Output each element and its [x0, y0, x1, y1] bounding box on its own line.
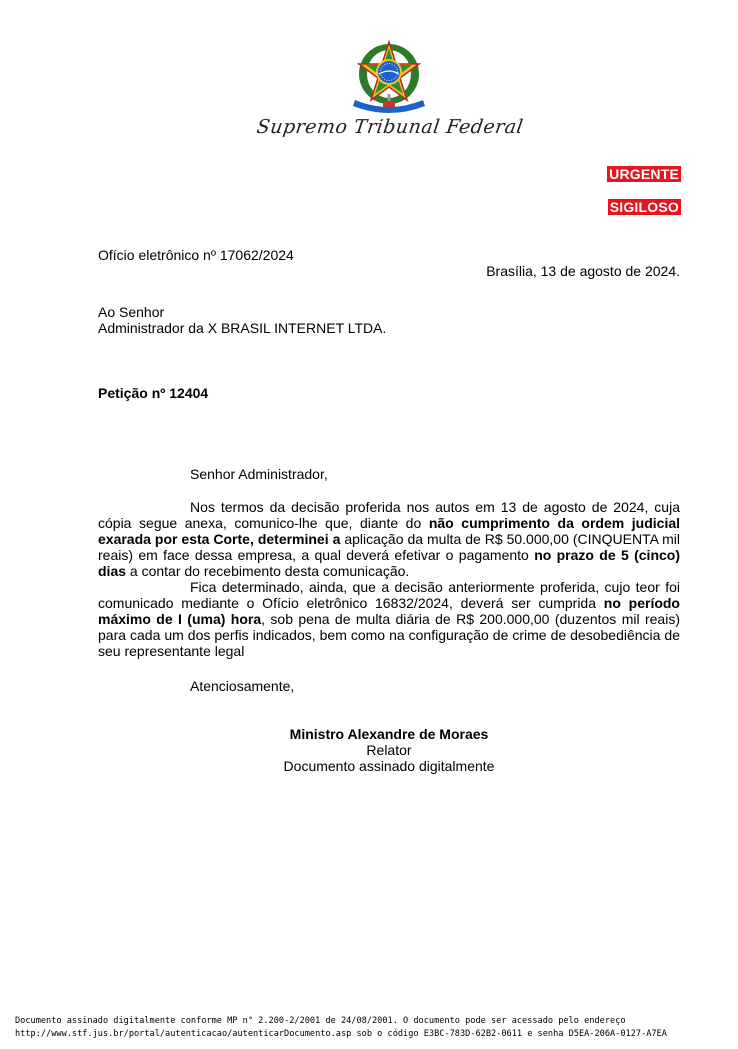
urgent-badge: URGENTE — [607, 166, 681, 182]
paragraph-deadline: Fica determinado, ainda, que a decisão a… — [98, 579, 680, 659]
signature-block: Ministro Alexandre de Moraes Relator Doc… — [200, 726, 578, 774]
petition-number: Petição nº 12404 — [98, 385, 208, 401]
confidential-badge: SIGILOSO — [608, 199, 681, 215]
addressee-title: Ao Senhor — [98, 304, 164, 320]
footer-legal-line: Documento assinado digitalmente conforme… — [15, 1015, 667, 1028]
brazil-coat-of-arms-icon — [349, 38, 429, 118]
letter-body: Nos termos da decisão proferida nos auto… — [98, 499, 680, 659]
footer-url-line[interactable]: http://www.stf.jus.br/portal/autenticaca… — [15, 1028, 667, 1041]
signer-role: Relator — [200, 742, 578, 758]
court-name: Supremo Tribunal Federal — [198, 116, 581, 138]
signer-name: Ministro Alexandre de Moraes — [200, 726, 578, 742]
addressee-name: Administrador da X BRASIL INTERNET LTDA. — [98, 320, 386, 336]
place-date: Brasília, 13 de agosto de 2024. — [486, 263, 680, 279]
paragraph-fine: Nos termos da decisão proferida nos auto… — [98, 499, 680, 579]
closing: Atenciosamente, — [190, 678, 294, 694]
oficio-number: Ofício eletrônico nº 17062/2024 — [98, 247, 294, 263]
authentication-footer: Documento assinado digitalmente conforme… — [15, 1015, 667, 1041]
salutation: Senhor Administrador, — [190, 466, 328, 482]
signature-note: Documento assinado digitalmente — [200, 758, 578, 774]
